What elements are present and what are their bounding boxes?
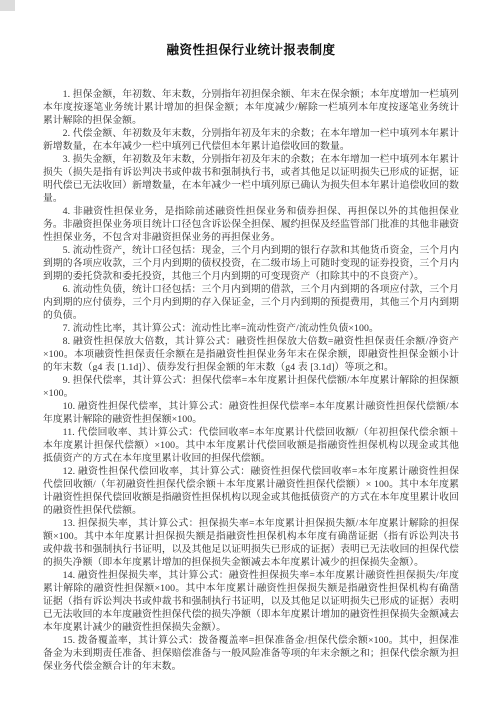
- paragraph: 7. 流动性比率，其计算公式：流动性比率=流动性资产/流动性负债×100。: [43, 322, 459, 335]
- paragraph: 8. 融资性担保放大倍数，其计算公式：融资性担保放大倍数=融资性担保责任余额/净…: [43, 335, 459, 374]
- paragraph: 11. 代偿回收率、其计算公式：代偿回收率=本年度累计代偿回收额/（年初担保代偿…: [43, 426, 459, 465]
- paragraph: 4. 非融资性担保业务，是指除前述融资性担保业务和债券担保、再担保以外的其他担保…: [43, 205, 459, 244]
- paragraph: 13. 担保损失率，其计算公式：担保损失率=本年度累计担保损失额/本年度累计解除…: [43, 517, 459, 569]
- paragraph: 9. 担保代偿率，其计算公式：担保代偿率=本年度累计担保代偿额/本年度累计解除的…: [43, 374, 459, 400]
- scan-artifact: [0, 0, 15, 11]
- paragraph: 2. 代偿金额、年初数及年末数，分别指年初及年末的余数；在本年增加一栏中填列本年…: [43, 127, 459, 153]
- paragraph: 5. 流动性资产，统计口径包括：现金，三个月内到期的银行存款和其他货币资金，三个…: [43, 244, 459, 283]
- document-page: 融资性担保行业统计报表制度 1. 担保金额，年初数、年末数，分别指年初担保余额、…: [43, 40, 459, 673]
- paragraph: 1. 担保金额，年初数、年末数，分别指年初担保余额、年末在保余额；本年度增加一栏…: [43, 88, 459, 127]
- paragraph: 3. 损失金额，年初数及年末数，分别指年初及年末的余数；在本年增加一栏中填列本年…: [43, 153, 459, 205]
- paragraph: 12. 融资性担保代偿回收率，其计算公式：融资性担保代偿回收率=本年度累计融资性…: [43, 465, 459, 517]
- paragraph: 14. 融资性担保损失率，其计算公式：融资性担保损失率=本年度累计融资性担保损失…: [43, 569, 459, 634]
- paragraph: 6. 流动性负债，统计口径包括：三个月内到期的借款，三个月内到期的各项应付款，三…: [43, 283, 459, 322]
- paragraph: 15. 拨备覆盖率，其计算公式：拨备覆盖率=担保准备金/担保代偿余额×100。其…: [43, 634, 459, 673]
- page-title: 融资性担保行业统计报表制度: [43, 40, 459, 58]
- paragraph: 10. 融资性担保代偿率，其计算公式：融资性担保代偿率=本年度累计融资性担保代偿…: [43, 400, 459, 426]
- document-body: 1. 担保金额，年初数、年末数，分别指年初担保余额、年末在保余额；本年度增加一栏…: [43, 88, 459, 673]
